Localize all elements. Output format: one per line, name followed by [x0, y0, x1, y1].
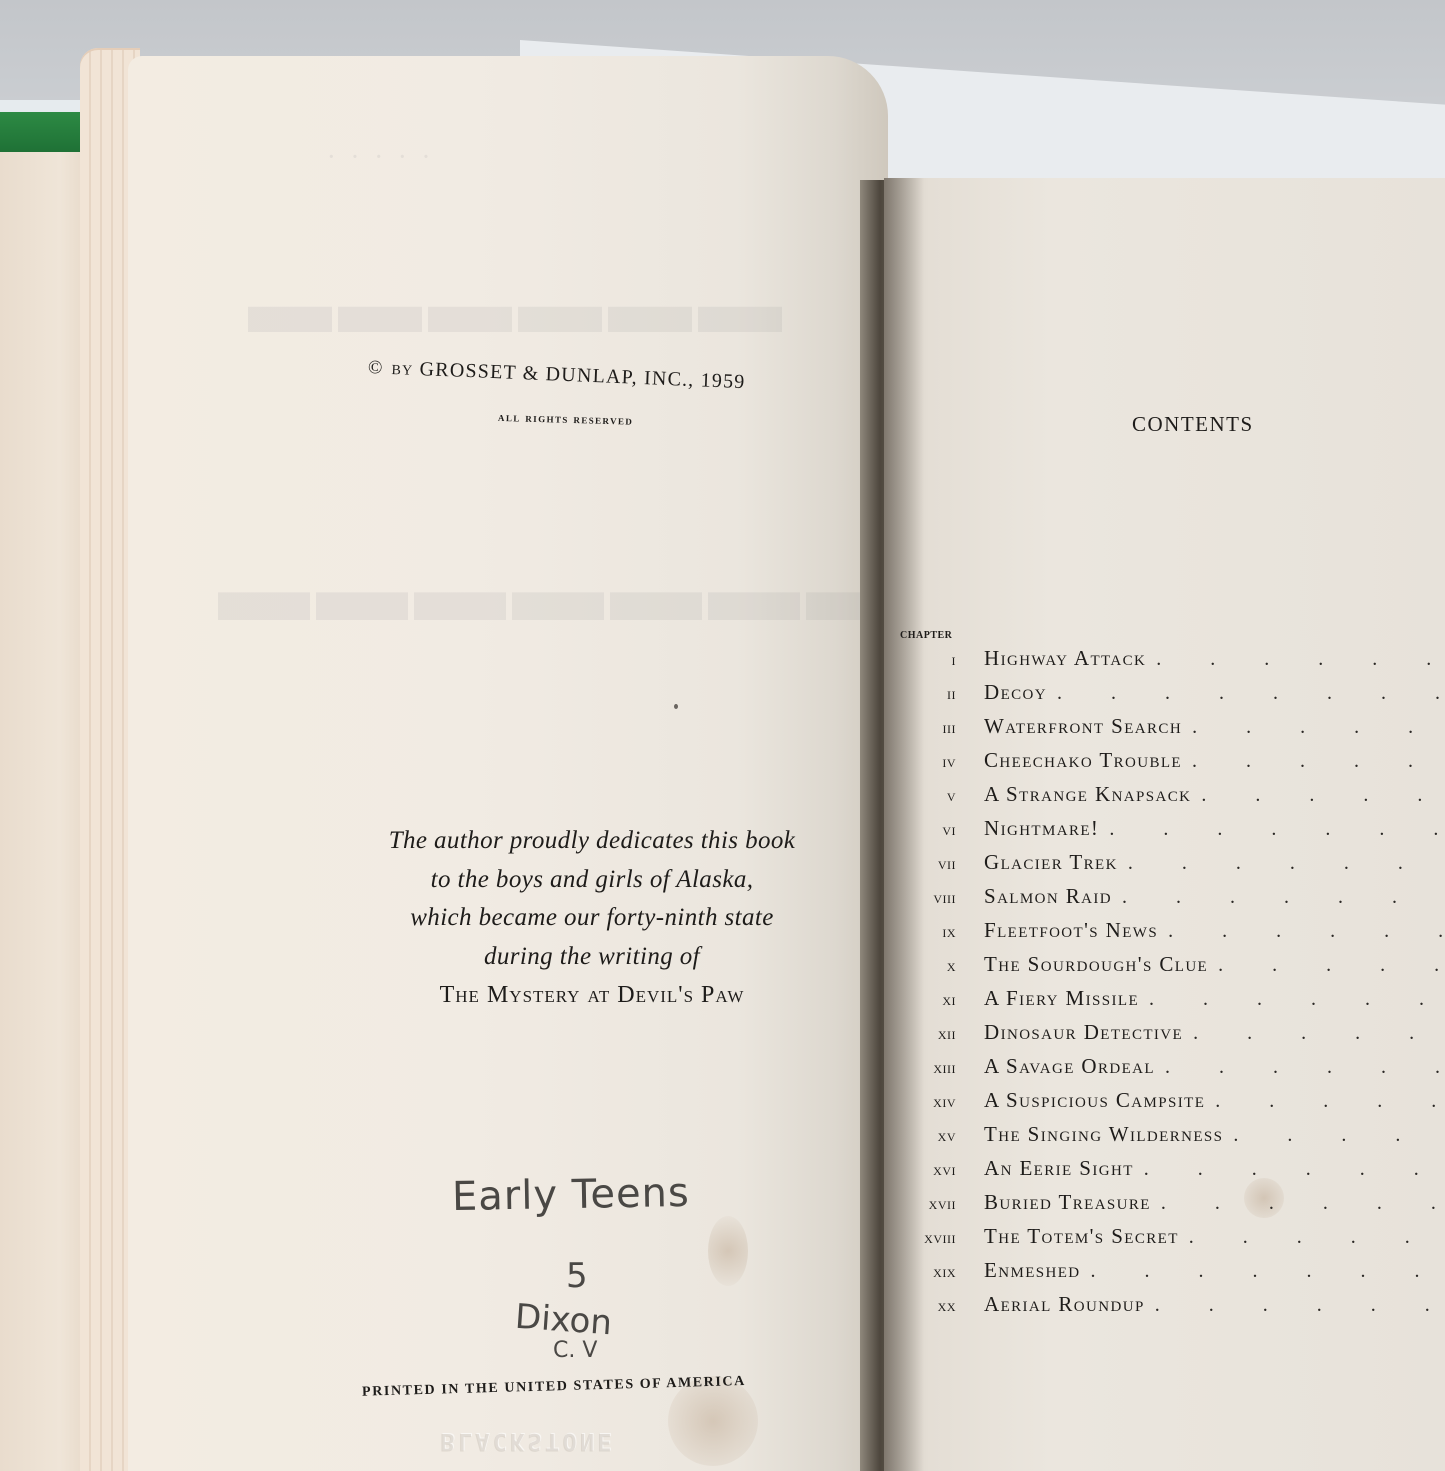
handwritten-note-author: Dixon — [514, 1297, 614, 1344]
toc-entry: VINightmare!. . . . . . . . . . . . . . … — [884, 816, 1445, 850]
chapter-title: Glacier Trek — [984, 850, 1118, 875]
chapter-title: Buried Treasure — [984, 1190, 1151, 1215]
toc-entry: VIIISalmon Raid. . . . . . . . . . . . .… — [884, 884, 1445, 918]
chapter-number: V — [884, 786, 956, 806]
chapter-title: Highway Attack — [984, 646, 1146, 671]
chapter-number: XI — [884, 990, 956, 1010]
dot-leader: . . . . . . . . . . . . . . . . . . . . … — [1134, 1158, 1445, 1181]
toc-entry: XXAerial Roundup. . . . . . . . . . . . … — [884, 1292, 1445, 1326]
handwritten-note-age: Early Teens — [452, 1170, 691, 1220]
chapter-number: VI — [884, 820, 956, 840]
chapter-title: An Eerie Sight — [984, 1156, 1134, 1181]
chapter-title: A Savage Ordeal — [984, 1054, 1155, 1079]
toc-entry: XIIIA Savage Ordeal. . . . . . . . . . .… — [884, 1054, 1445, 1088]
dot-leader: . . . . . . . . . . . . . . . . . . . . … — [1182, 716, 1445, 739]
chapter-number: IX — [884, 922, 956, 942]
handwritten-note-number: 5 — [566, 1256, 588, 1296]
toc-entry: XVThe Singing Wilderness. . . . . . . . … — [884, 1122, 1445, 1156]
chapter-number: XV — [884, 1126, 956, 1146]
paper-stain — [708, 1216, 748, 1286]
toc-entry: IIIWaterfront Search. . . . . . . . . . … — [884, 714, 1445, 748]
chapter-title: A Suspicious Campsite — [984, 1088, 1205, 1113]
chapter-number: XIII — [884, 1058, 956, 1078]
dot-leader: . . . . . . . . . . . . . . . . . . . . … — [1146, 648, 1445, 671]
chapter-number: VIII — [884, 888, 956, 908]
right-page-contents: CONTENTS CHAPTER IHighway Attack. . . . … — [884, 178, 1445, 1471]
toc-entry: XVIIIThe Totem's Secret. . . . . . . . .… — [884, 1224, 1445, 1258]
chapter-number: III — [884, 718, 956, 738]
chapter-title: Decoy — [984, 680, 1047, 705]
chapter-title: Dinosaur Detective — [984, 1020, 1183, 1045]
toc-entry: IVCheechako Trouble. . . . . . . . . . .… — [884, 748, 1445, 782]
dot-leader: . . . . . . . . . . . . . . . . . . . . … — [1118, 852, 1445, 875]
chapter-number: XX — [884, 1296, 956, 1316]
toc-entry: XIIDinosaur Detective. . . . . . . . . .… — [884, 1020, 1445, 1054]
contents-heading: CONTENTS — [1132, 412, 1254, 437]
chapter-number: XIX — [884, 1262, 956, 1282]
dot-leader: . . . . . . . . . . . . . . . . . . . . … — [1191, 784, 1445, 807]
dot-leader: . . . . . . . . . . . . . . . . . . . . … — [1139, 988, 1445, 1011]
chapter-title: Nightmare! — [984, 816, 1099, 841]
chapter-title: The Totem's Secret — [984, 1224, 1179, 1249]
handwritten-note-initials: C. V — [553, 1338, 597, 1363]
dot-leader: . . . . . . . . . . . . . . . . . . . . … — [1182, 750, 1445, 773]
dot-leader: . . . . . . . . . . . . . . . . . . . . … — [1205, 1090, 1445, 1113]
dot-leader: . . . . . . . . . . . . . . . . . . . . … — [1155, 1056, 1445, 1079]
show-through-title: ▬▬▬▬▬▬▬ — [218, 536, 888, 642]
toc-entry: XIVA Suspicious Campsite. . . . . . . . … — [884, 1088, 1445, 1122]
chapter-number: XVII — [884, 1194, 956, 1214]
chapter-title: Waterfront Search — [984, 714, 1182, 739]
toc-entry: IXFleetfoot's News. . . . . . . . . . . … — [884, 918, 1445, 952]
toc-entry: XVIAn Eerie Sight. . . . . . . . . . . .… — [884, 1156, 1445, 1190]
chapter-title: The Singing Wilderness — [984, 1122, 1223, 1147]
chapter-title: A Fiery Missile — [984, 986, 1139, 1011]
show-through-title: ▬▬▬▬▬▬ — [248, 256, 788, 353]
chapter-number: VII — [884, 854, 956, 874]
toc-entry: XThe Sourdough's Clue. . . . . . . . . .… — [884, 952, 1445, 986]
chapter-title: Cheechako Trouble — [984, 748, 1182, 773]
toc-entry: IHighway Attack. . . . . . . . . . . . .… — [884, 646, 1445, 680]
chapter-number: I — [884, 650, 956, 670]
chapter-number: XVI — [884, 1160, 956, 1180]
dedication-line: during the writing of — [322, 938, 862, 977]
chapter-number: XIV — [884, 1092, 956, 1112]
show-through-text: · · · · · — [328, 146, 435, 169]
dedication-line: The author proudly dedicates this book — [322, 822, 862, 861]
chapter-title: Aerial Roundup — [984, 1292, 1145, 1317]
chapter-number: XII — [884, 1024, 956, 1044]
dot-leader: . . . . . . . . . . . . . . . . . . . . … — [1151, 1192, 1445, 1215]
dedication: The author proudly dedicates this book t… — [322, 822, 862, 1015]
dot-leader: . . . . . . . . . . . . . . . . . . . . … — [1158, 920, 1445, 943]
embossed-stamp: BLACKSTONE — [440, 1428, 615, 1456]
chapter-title: Salmon Raid — [984, 884, 1112, 909]
toc-entry: XIXEnmeshed. . . . . . . . . . . . . . .… — [884, 1258, 1445, 1292]
chapter-title: A Strange Knapsack — [984, 782, 1191, 807]
dot-leader: . . . . . . . . . . . . . . . . . . . . … — [1081, 1260, 1445, 1283]
dot-leader: . . . . . . . . . . . . . . . . . . . . … — [1047, 682, 1445, 705]
chapter-title: Fleetfoot's News — [984, 918, 1158, 943]
dot-leader: . . . . . . . . . . . . . . . . . . . . … — [1208, 954, 1445, 977]
chapter-title: Enmeshed — [984, 1258, 1081, 1283]
toc-entry: XIA Fiery Missile. . . . . . . . . . . .… — [884, 986, 1445, 1020]
dot-leader: . . . . . . . . . . . . . . . . . . . . … — [1223, 1124, 1445, 1147]
dot-leader: . . . . . . . . . . . . . . . . . . . . … — [1099, 818, 1445, 841]
chapter-number: II — [884, 684, 956, 704]
toc-entry: IIDecoy. . . . . . . . . . . . . . . . .… — [884, 680, 1445, 714]
dot-leader: . . . . . . . . . . . . . . . . . . . . … — [1112, 886, 1445, 909]
chapter-column-label: CHAPTER — [900, 630, 952, 641]
dot-leader: . . . . . . . . . . . . . . . . . . . . … — [1145, 1294, 1445, 1317]
dot-leader: . . . . . . . . . . . . . . . . . . . . … — [1183, 1022, 1445, 1045]
toc-entry: XVIIBuried Treasure. . . . . . . . . . .… — [884, 1190, 1445, 1224]
chapter-number: IV — [884, 752, 956, 772]
toc-entry: VIIGlacier Trek. . . . . . . . . . . . .… — [884, 850, 1445, 884]
chapter-number: XVIII — [884, 1228, 956, 1248]
chapter-number: X — [884, 956, 956, 976]
dedication-line: which became our forty-ninth state — [322, 899, 862, 938]
dedication-line: to the boys and girls of Alaska, — [322, 861, 862, 900]
left-page-copyright: · · · · · ▬▬▬▬▬▬ ▬▬▬▬▬▬▬ — [128, 56, 888, 1471]
chapter-title: The Sourdough's Clue — [984, 952, 1208, 977]
toc-entry: VA Strange Knapsack. . . . . . . . . . .… — [884, 782, 1445, 816]
copyright-icon: © — [368, 357, 384, 379]
dot-leader: . . . . . . . . . . . . . . . . . . . . … — [1179, 1226, 1445, 1249]
dedication-book-title: The Mystery at Devil's Paw — [322, 976, 862, 1015]
ink-speck — [674, 704, 678, 709]
